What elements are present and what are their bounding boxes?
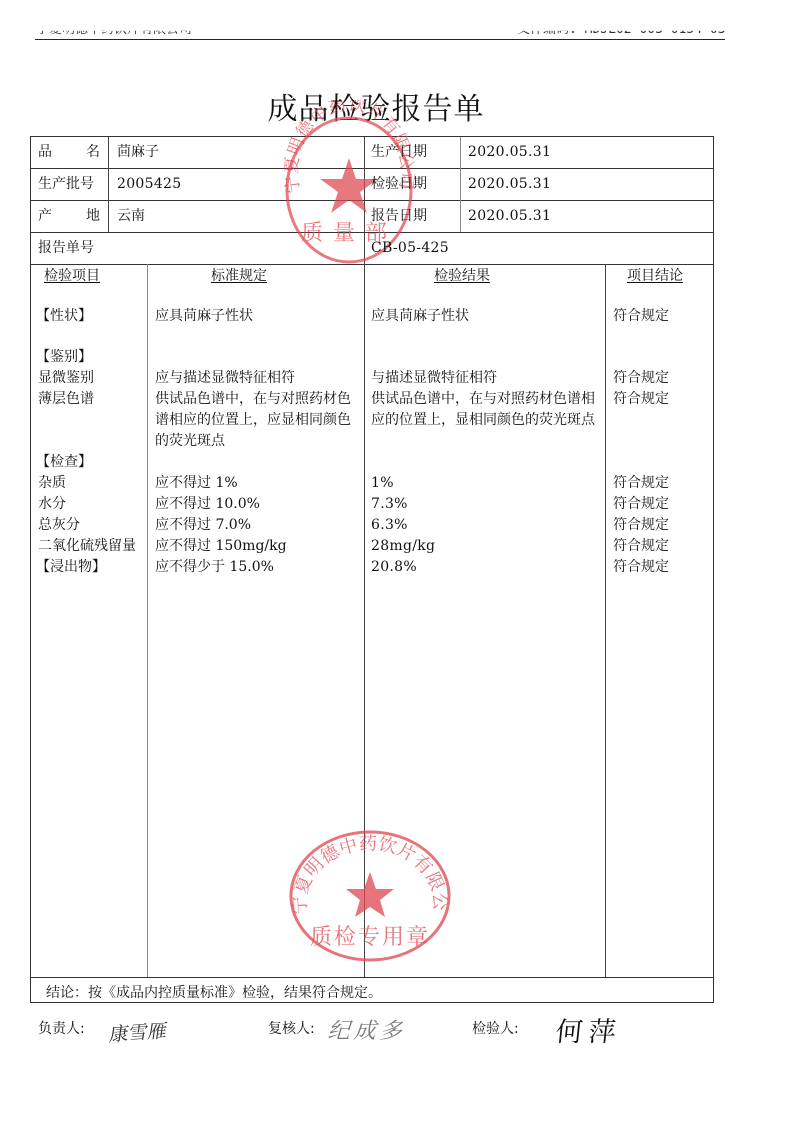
item-cell: 显微鉴别 xyxy=(38,368,94,388)
production-date-label: 生产日期 xyxy=(371,142,427,162)
responsible-label: 负责人: xyxy=(38,1018,85,1038)
row-divider xyxy=(31,977,714,978)
item-cell: 【性状】 xyxy=(36,306,92,326)
result-cell: 应具苘麻子性状 xyxy=(371,306,469,326)
label-char: 产 xyxy=(38,206,52,226)
item-cell: 水分 xyxy=(38,494,66,514)
conclusion-cell: 符合规定 xyxy=(613,306,669,326)
conclusion-cell: 符合规定 xyxy=(613,389,669,409)
item-cell: 【鉴别】 xyxy=(36,347,92,367)
inspection-date-value: 2020.05.31 xyxy=(468,174,551,194)
label-char: 品 xyxy=(38,142,52,162)
col-divider xyxy=(460,137,461,232)
result-cell: 1% xyxy=(371,473,394,493)
col-header-standard: 标准规定 xyxy=(211,266,267,286)
page-title: 成品检验报告单 xyxy=(0,84,752,128)
col-header-result: 检验结果 xyxy=(434,266,490,286)
inspector-signature: 何萍 xyxy=(554,1010,624,1049)
inspection-date-label: 检验日期 xyxy=(371,174,427,194)
origin-value: 云南 xyxy=(117,206,145,226)
header-rule xyxy=(35,39,725,40)
row-divider xyxy=(31,168,714,169)
col-divider xyxy=(364,137,365,977)
item-cell: 薄层色谱 xyxy=(38,389,94,409)
report-no-label: 报告单号 xyxy=(38,238,94,258)
standard-cell: 应具苘麻子性状 xyxy=(155,306,253,326)
col-divider xyxy=(147,264,148,977)
label-char: 名 xyxy=(86,142,100,162)
result-cell: 6.3% xyxy=(371,515,408,535)
result-cell-line: 应的位置上，显相同颜色的荧光斑点 xyxy=(371,410,595,430)
product-name-label: 品 名 xyxy=(38,142,100,162)
conclusion-cell: 符合规定 xyxy=(613,368,669,388)
standard-cell: 应不得过 150mg/kg xyxy=(155,536,287,556)
row-divider xyxy=(31,232,714,233)
standard-cell-line: 的荧光斑点 xyxy=(155,431,225,451)
batch-label: 生产批号 xyxy=(38,174,94,194)
standard-cell: 应不得过 7.0% xyxy=(155,515,251,535)
item-cell: 杂质 xyxy=(38,473,66,493)
responsible-signature: 康雪雁 xyxy=(108,1016,170,1047)
document-code: 文件编码: MDJL02-003-0154-03 xyxy=(517,22,726,38)
item-cell: 【检查】 xyxy=(36,452,92,472)
col-header-item: 检验项目 xyxy=(44,266,100,286)
inspector-label: 检验人: xyxy=(472,1018,519,1038)
standard-cell: 应不得少于 15.0% xyxy=(155,557,274,577)
col-header-conclusion: 项目结论 xyxy=(627,266,683,286)
standard-cell: 应不得过 1% xyxy=(155,473,238,493)
result-cell: 7.3% xyxy=(371,494,408,514)
conclusion-cell: 符合规定 xyxy=(613,494,669,514)
company-header: 宁夏明德中药饮片有限公司 xyxy=(36,22,192,38)
standard-cell-line: 谱相应的位置上，应显相同颜色 xyxy=(155,410,351,430)
col-divider xyxy=(605,264,606,977)
product-name-value: 茴麻子 xyxy=(117,142,159,162)
col-divider xyxy=(108,137,109,232)
row-divider xyxy=(31,264,714,265)
standard-cell: 应与描述显微特征相符 xyxy=(155,368,295,388)
item-cell: 【浸出物】 xyxy=(36,557,106,577)
label-char: 地 xyxy=(86,206,100,226)
result-cell: 28mg/kg xyxy=(371,536,435,556)
item-cell: 总灰分 xyxy=(38,515,80,535)
report-date-label: 报告日期 xyxy=(371,206,427,226)
report-date-value: 2020.05.31 xyxy=(468,206,551,226)
report-no-value: CB-05-425 xyxy=(371,238,449,258)
result-cell: 20.8% xyxy=(371,557,417,577)
final-conclusion: 结论：按《成品内控质量标准》检验，结果符合规定。 xyxy=(46,983,382,1003)
result-cell: 与描述显微特征相符 xyxy=(371,368,497,388)
conclusion-cell: 符合规定 xyxy=(613,473,669,493)
conclusion-cell: 符合规定 xyxy=(613,515,669,535)
conclusion-cell: 符合规定 xyxy=(613,536,669,556)
item-cell: 二氧化硫残留量 xyxy=(38,536,136,556)
row-divider xyxy=(31,200,714,201)
conclusion-cell: 符合规定 xyxy=(613,557,669,577)
standard-cell: 应不得过 10.0% xyxy=(155,494,260,514)
result-cell-line: 供试品色谱中，在与对照药材色谱相 xyxy=(371,389,595,409)
origin-label: 产 地 xyxy=(38,206,100,226)
batch-value: 2005425 xyxy=(117,174,181,194)
standard-cell-line: 供试品色谱中，在与对照药材色 xyxy=(155,389,351,409)
production-date-value: 2020.05.31 xyxy=(468,142,551,162)
reviewer-signature: 纪成多 xyxy=(325,1014,413,1045)
reviewer-label: 复核人: xyxy=(268,1018,315,1038)
